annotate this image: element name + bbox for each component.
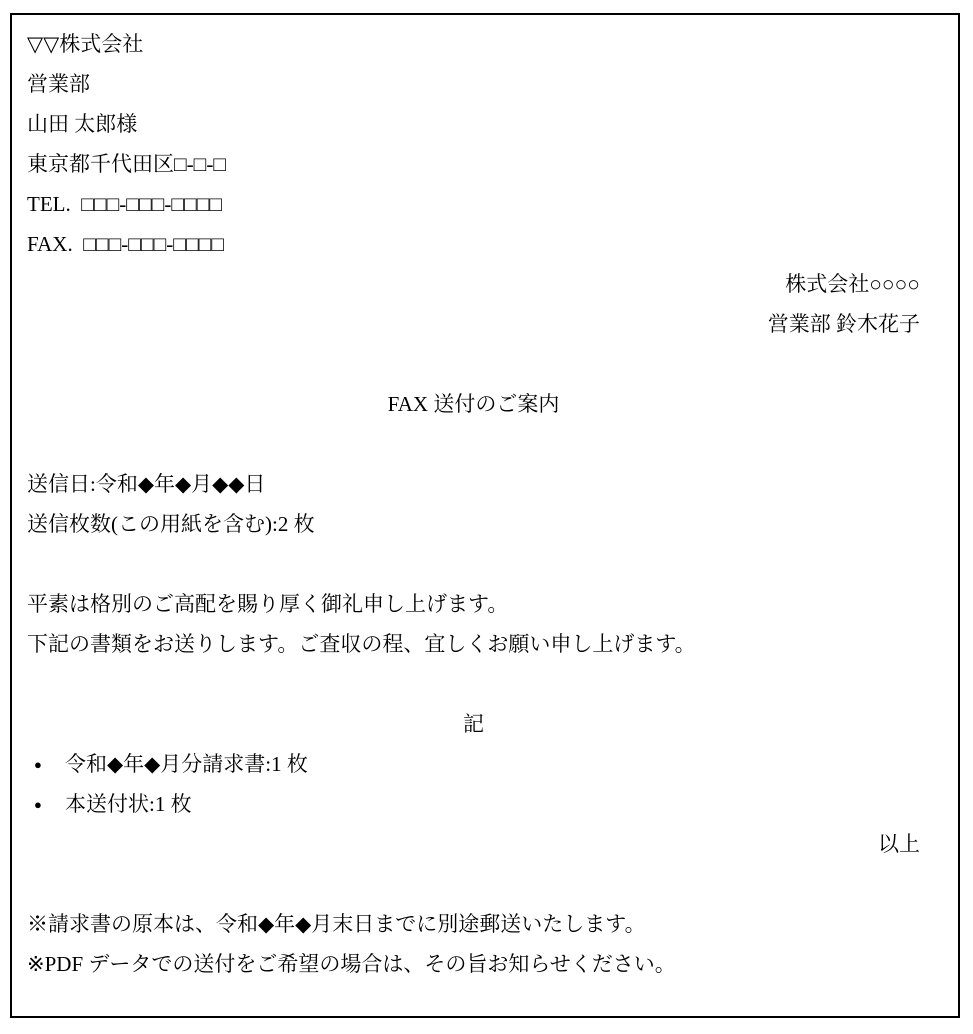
greeting-line-1: 平素は格別のご高配を賜り厚く御礼申し上げます。 — [27, 584, 920, 624]
fax-cover-sheet: ▽▽株式会社 営業部 山田 太郎様 東京都千代田区□-□-□ TEL. □□□-… — [10, 13, 960, 1018]
send-date: 送信日:令和◆年◆月◆◆日 — [27, 464, 920, 504]
spacer — [27, 544, 920, 584]
spacer — [27, 424, 920, 464]
recipient-department: 営業部 — [27, 64, 920, 104]
sender-name: 営業部 鈴木花子 — [27, 304, 920, 344]
recipient-name: 山田 太郎様 — [27, 104, 920, 144]
send-page-count: 送信枚数(この用紙を含む):2 枚 — [27, 504, 920, 544]
record-heading: 記 — [27, 704, 920, 744]
sender-company: 株式会社○○○○ — [27, 264, 920, 304]
spacer — [27, 344, 920, 384]
list-item-text: 本送付状:1 枚 — [65, 792, 192, 816]
greeting-line-2: 下記の書類をお送りします。ご査収の程、宜しくお願い申し上げます。 — [27, 624, 920, 664]
bullet-icon: ● — [27, 785, 65, 825]
note-2: ※PDF データでの送付をご希望の場合は、その旨お知らせください。 — [27, 944, 920, 984]
list-item: ●令和◆年◆月分請求書:1 枚 — [27, 744, 920, 784]
spacer — [27, 664, 920, 704]
bullet-icon: ● — [27, 745, 65, 785]
recipient-company: ▽▽株式会社 — [27, 24, 920, 64]
recipient-address: 東京都千代田区□-□-□ — [27, 144, 920, 184]
closing-text: 以上 — [27, 824, 920, 864]
spacer — [27, 864, 920, 904]
list-item: ●本送付状:1 枚 — [27, 784, 920, 824]
list-item-text: 令和◆年◆月分請求書:1 枚 — [65, 752, 308, 776]
recipient-tel: TEL. □□□-□□□-□□□□ — [27, 184, 920, 224]
document-title: FAX 送付のご案内 — [27, 384, 920, 424]
recipient-fax: FAX. □□□-□□□-□□□□ — [27, 224, 920, 264]
note-1: ※請求書の原本は、令和◆年◆月末日までに別途郵送いたします。 — [27, 904, 920, 944]
